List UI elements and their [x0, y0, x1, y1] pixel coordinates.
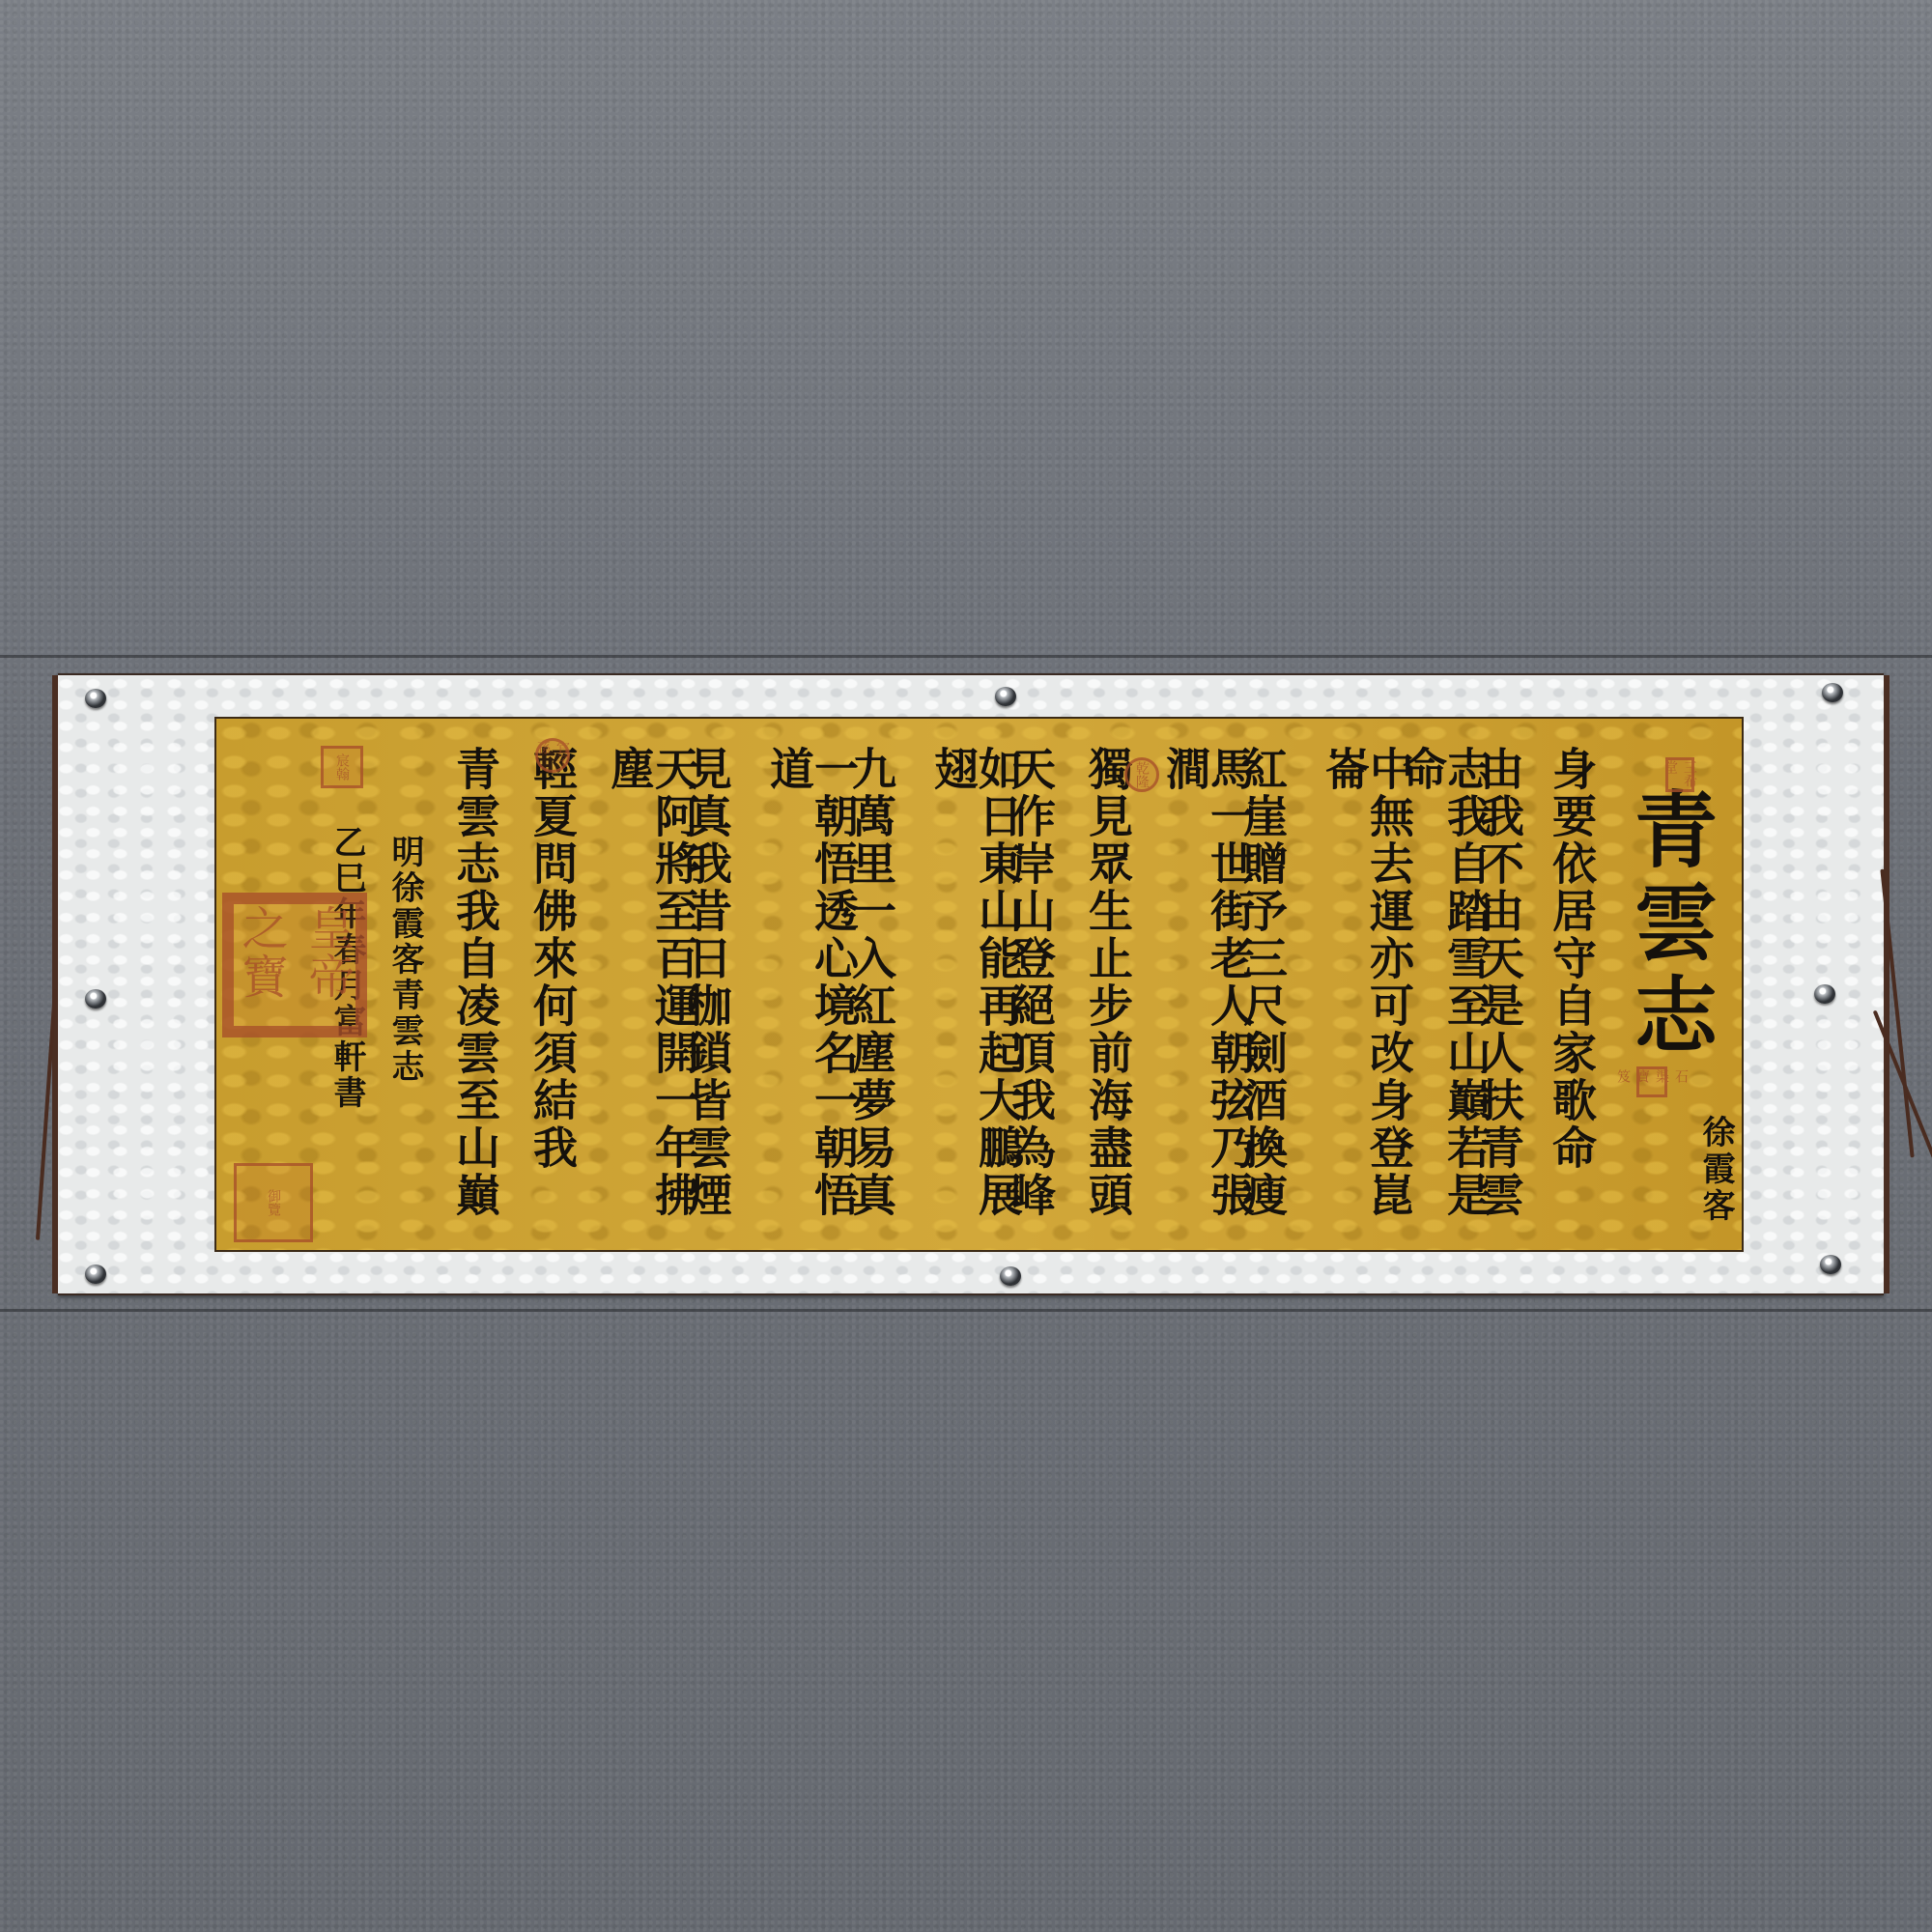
imperial-seal: 皇帝之寶 — [222, 893, 367, 1037]
mount-pin — [85, 989, 106, 1009]
mount-pin — [85, 1264, 106, 1284]
scroll-author: 徐霞客 — [1699, 1115, 1732, 1225]
board-seam-top — [0, 655, 1932, 658]
text-column-14: 輕夏問佛來何須結我 — [530, 746, 575, 1172]
scroll-title: 青雲志 — [1627, 786, 1710, 1065]
collector-seal: 宸翰 — [321, 746, 363, 788]
right-roller — [1884, 675, 1889, 1293]
collector-seal: 宜子孫 — [535, 738, 570, 773]
colophon: 明徐霞客青雲志 — [388, 835, 421, 1085]
text-column-9: 如日東山能再起大鵬展翅 — [931, 746, 1020, 1250]
collector-seal: 三希堂 — [1665, 757, 1694, 792]
mount-pin — [85, 689, 106, 708]
right-tie-ribbon-tail — [1873, 1010, 1932, 1191]
mount-pin — [1820, 1255, 1841, 1274]
collector-seal: 御覽 — [234, 1163, 313, 1242]
text-column-13: 天阿將至百運開一年拂塵 — [608, 746, 696, 1250]
text-column-11: 一朝悟透心境名一朝悟道 — [767, 746, 856, 1250]
mount-pin — [995, 687, 1016, 706]
text-column-6: 馬一世街老人朝弦乃張澗 — [1163, 746, 1252, 1250]
calligraphy-scroll: 青雲志 徐霞客 身要依居守自家歌命 由我不由天是人扶青雲 志我自踏雪至山巔若是命… — [58, 673, 1884, 1295]
text-column-1: 身要依居守自家歌命 — [1549, 746, 1594, 1172]
collector-seal: 石渠寶笈 — [1636, 1066, 1667, 1097]
text-column-15: 青雲志我自凌雲至山巔 — [453, 746, 497, 1219]
board-seam-bottom — [0, 1309, 1932, 1312]
collector-seal: 乾隆 — [1124, 757, 1159, 792]
gold-silk-panel: 青雲志 徐霞客 身要依居守自家歌命 由我不由天是人扶青雲 志我自踏雪至山巔若是命… — [214, 717, 1744, 1252]
text-column-7: 獨見眾生止步前海盡頭 — [1086, 746, 1130, 1219]
left-roller — [52, 675, 58, 1293]
mount-pin — [1822, 683, 1843, 702]
mount-pin — [1814, 984, 1835, 1004]
mount-pin — [1000, 1266, 1021, 1286]
text-column-4: 中無去運亦可改身登崑崙 — [1322, 746, 1411, 1250]
